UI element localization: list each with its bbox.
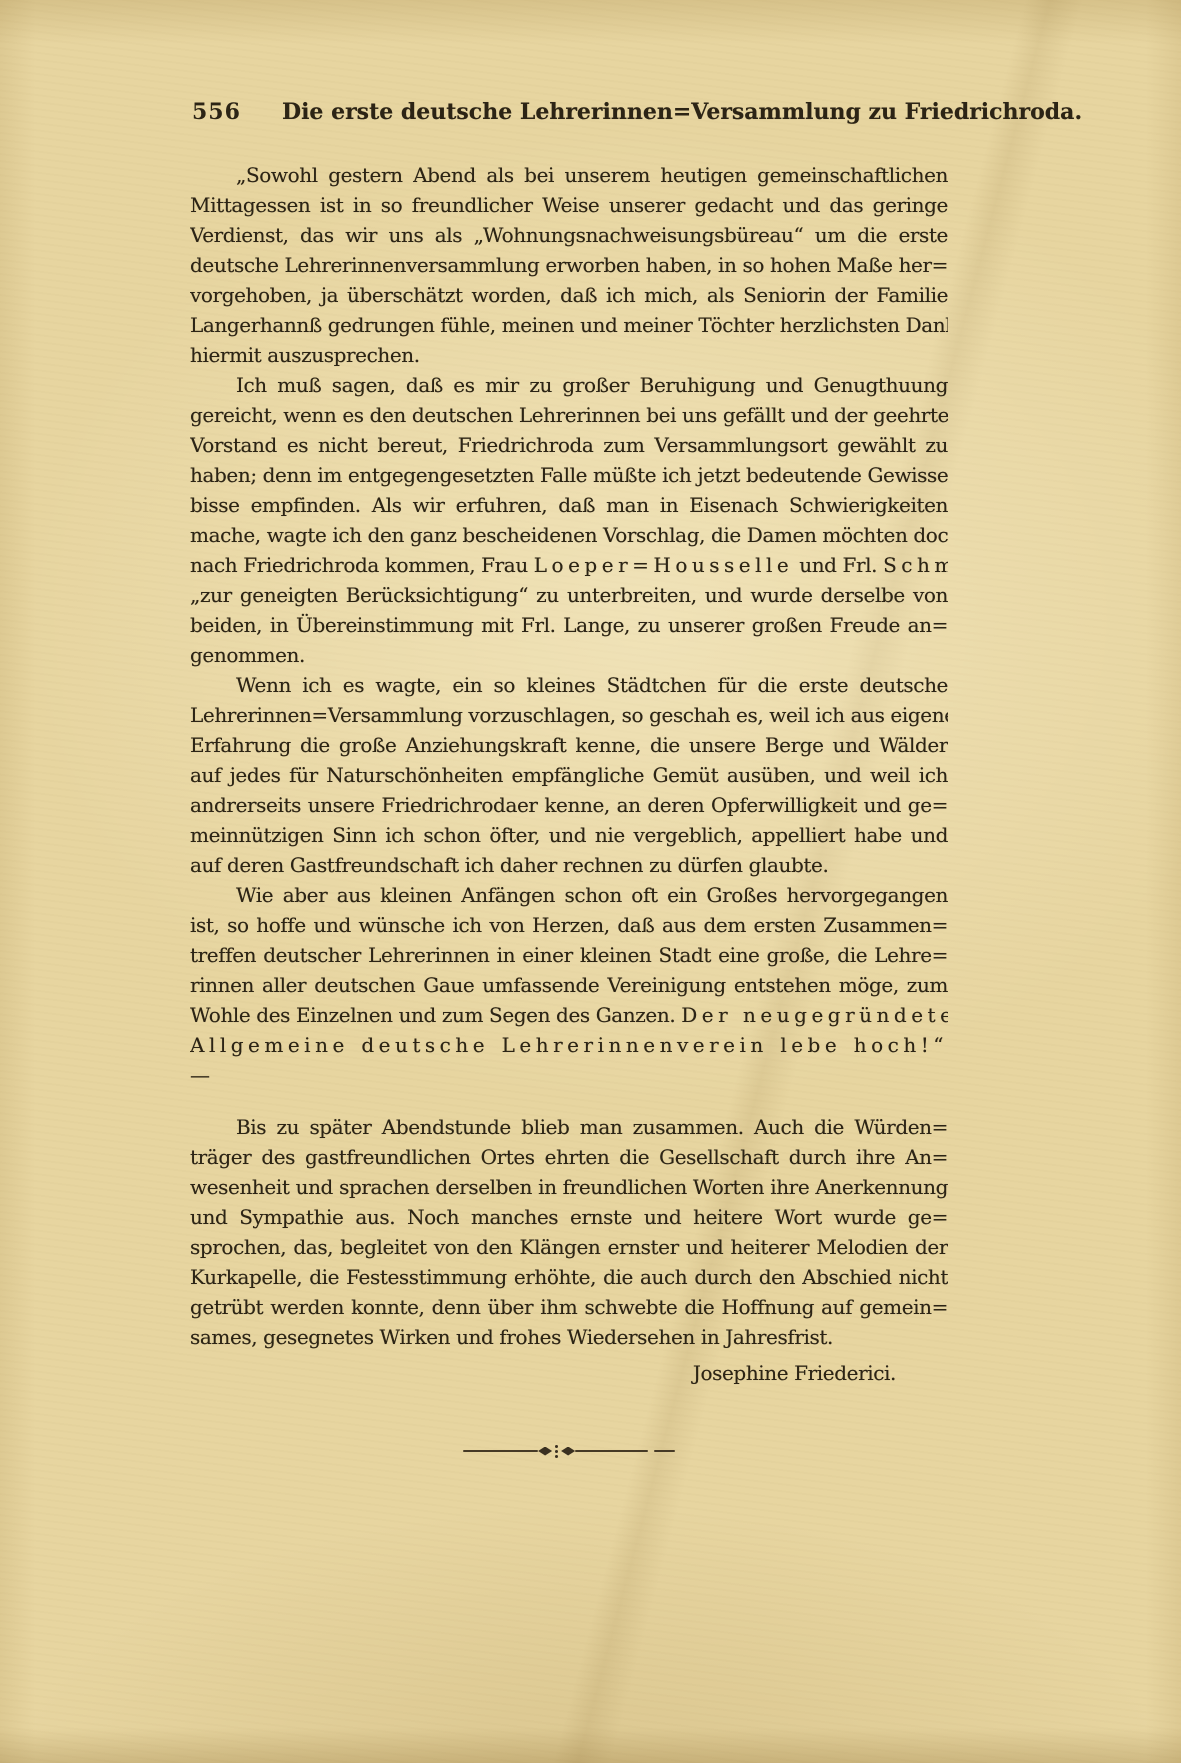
- paragraph-5: Bis zu später Abendstunde blieb man zusa…: [190, 1112, 948, 1352]
- text-line: sprochen, das, begleitet von den Klängen…: [190, 1232, 948, 1262]
- paragraph-2: Ich muß sagen, daß es mir zu großer Beru…: [190, 370, 948, 670]
- text-line: nach Friedrichroda kommen, Frau Loeper=H…: [190, 550, 948, 580]
- scanned-book-page: 556 Die erste deutsche Lehrerinnen=Versa…: [0, 0, 1181, 1763]
- text-line: Erfahrung die große Anziehungskraft kenn…: [190, 730, 948, 760]
- text-line: getrübt werden konnte, denn über ihm sch…: [190, 1292, 948, 1322]
- section-divider: [463, 1444, 675, 1458]
- text-line: sames, gesegnetes Wirken und frohes Wied…: [190, 1322, 948, 1352]
- text-line: wesenheit und sprachen derselben in freu…: [190, 1172, 948, 1202]
- text-line: treffen deutscher Lehrerinnen in einer k…: [190, 940, 948, 970]
- text-line: träger des gastfreundlichen Ortes ehrten…: [190, 1142, 948, 1172]
- divider-dot: [555, 1450, 558, 1453]
- text-line: Bis zu später Abendstunde blieb man zusa…: [190, 1112, 948, 1142]
- text-line: Wohle des Einzelnen und zum Segen des Ga…: [190, 1000, 948, 1030]
- divider-diamond-left: [538, 1447, 552, 1456]
- text-line: ist, so hoffe und wünsche ich von Herzen…: [190, 910, 948, 940]
- text-line: rinnen aller deutschen Gaue umfassende V…: [190, 970, 948, 1000]
- author-signature: Josephine Friederici.: [190, 1358, 948, 1388]
- text-line: Kurkapelle, die Festesstimmung erhöhte, …: [190, 1262, 948, 1292]
- divider-diamond-right: [561, 1447, 575, 1456]
- paragraph-3: Wenn ich es wagte, ein so kleines Städtc…: [190, 670, 948, 880]
- text-line: haben; denn im entgegengesetzten Falle m…: [190, 460, 948, 490]
- text-line: auf deren Gastfreundschaft ich daher rec…: [190, 850, 948, 880]
- text-line: Verdienst, das wir uns als „Wohnungsnach…: [190, 220, 948, 250]
- text-line: „zur geneigten Berücksichtigung“ zu unte…: [190, 580, 948, 610]
- page-number: 556: [192, 99, 241, 125]
- divider-line-right: [575, 1450, 648, 1452]
- running-title: Die erste deutsche Lehrerinnen=Versammlu…: [190, 99, 948, 125]
- divider-dots: [555, 1445, 558, 1458]
- page-header: 556 Die erste deutsche Lehrerinnen=Versa…: [190, 99, 948, 129]
- paragraph-1: „Sowohl gestern Abend als bei unserem he…: [190, 160, 948, 370]
- text-line: hiermit auszusprechen.: [190, 340, 948, 370]
- text-line: bisse empfinden. Als wir erfuhren, daß m…: [190, 490, 948, 520]
- divider-line-left: [463, 1450, 538, 1452]
- text-line: und Sympathie aus. Noch manches ernste u…: [190, 1202, 948, 1232]
- text-line: genommen.: [190, 640, 948, 670]
- text-line: gereicht, wenn es den deutschen Lehrerin…: [190, 400, 948, 430]
- text-line: vorgehoben, ja überschätzt worden, daß i…: [190, 280, 948, 310]
- text-line: beiden, in Übereinstimmung mit Frl. Lang…: [190, 610, 948, 640]
- divider-dot: [555, 1445, 558, 1448]
- text-line: „Sowohl gestern Abend als bei unserem he…: [190, 160, 948, 190]
- body-text: „Sowohl gestern Abend als bei unserem he…: [190, 160, 948, 1458]
- text-line: Allgemeine deutsche Lehrerinnenverein le…: [190, 1030, 948, 1090]
- text-line: Wenn ich es wagte, ein so kleines Städtc…: [190, 670, 948, 700]
- text-line: Vorstand es nicht bereut, Friedrichroda …: [190, 430, 948, 460]
- text-line: deutsche Lehrerinnenversammlung erworben…: [190, 250, 948, 280]
- text-line: Mittagessen ist in so freundlicher Weise…: [190, 190, 948, 220]
- text-line: meinnützigen Sinn ich schon öfter, und n…: [190, 820, 948, 850]
- divider-line-short: [654, 1450, 675, 1452]
- text-line: Ich muß sagen, daß es mir zu großer Beru…: [190, 370, 948, 400]
- paragraph-4: Wie aber aus kleinen Anfängen schon oft …: [190, 880, 948, 1090]
- text-line: mache, wagte ich den ganz bescheidenen V…: [190, 520, 948, 550]
- text-line: auf jedes für Naturschönheiten empfängli…: [190, 760, 948, 790]
- text-line: Wie aber aus kleinen Anfängen schon oft …: [190, 880, 948, 910]
- text-line: andrerseits unsere Friedrichrodaer kenne…: [190, 790, 948, 820]
- text-line: Lehrerinnen=Versammlung vorzuschlagen, s…: [190, 700, 948, 730]
- text-line: Langerhannß gedrungen fühle, meinen und …: [190, 310, 948, 340]
- divider-dot: [555, 1455, 558, 1458]
